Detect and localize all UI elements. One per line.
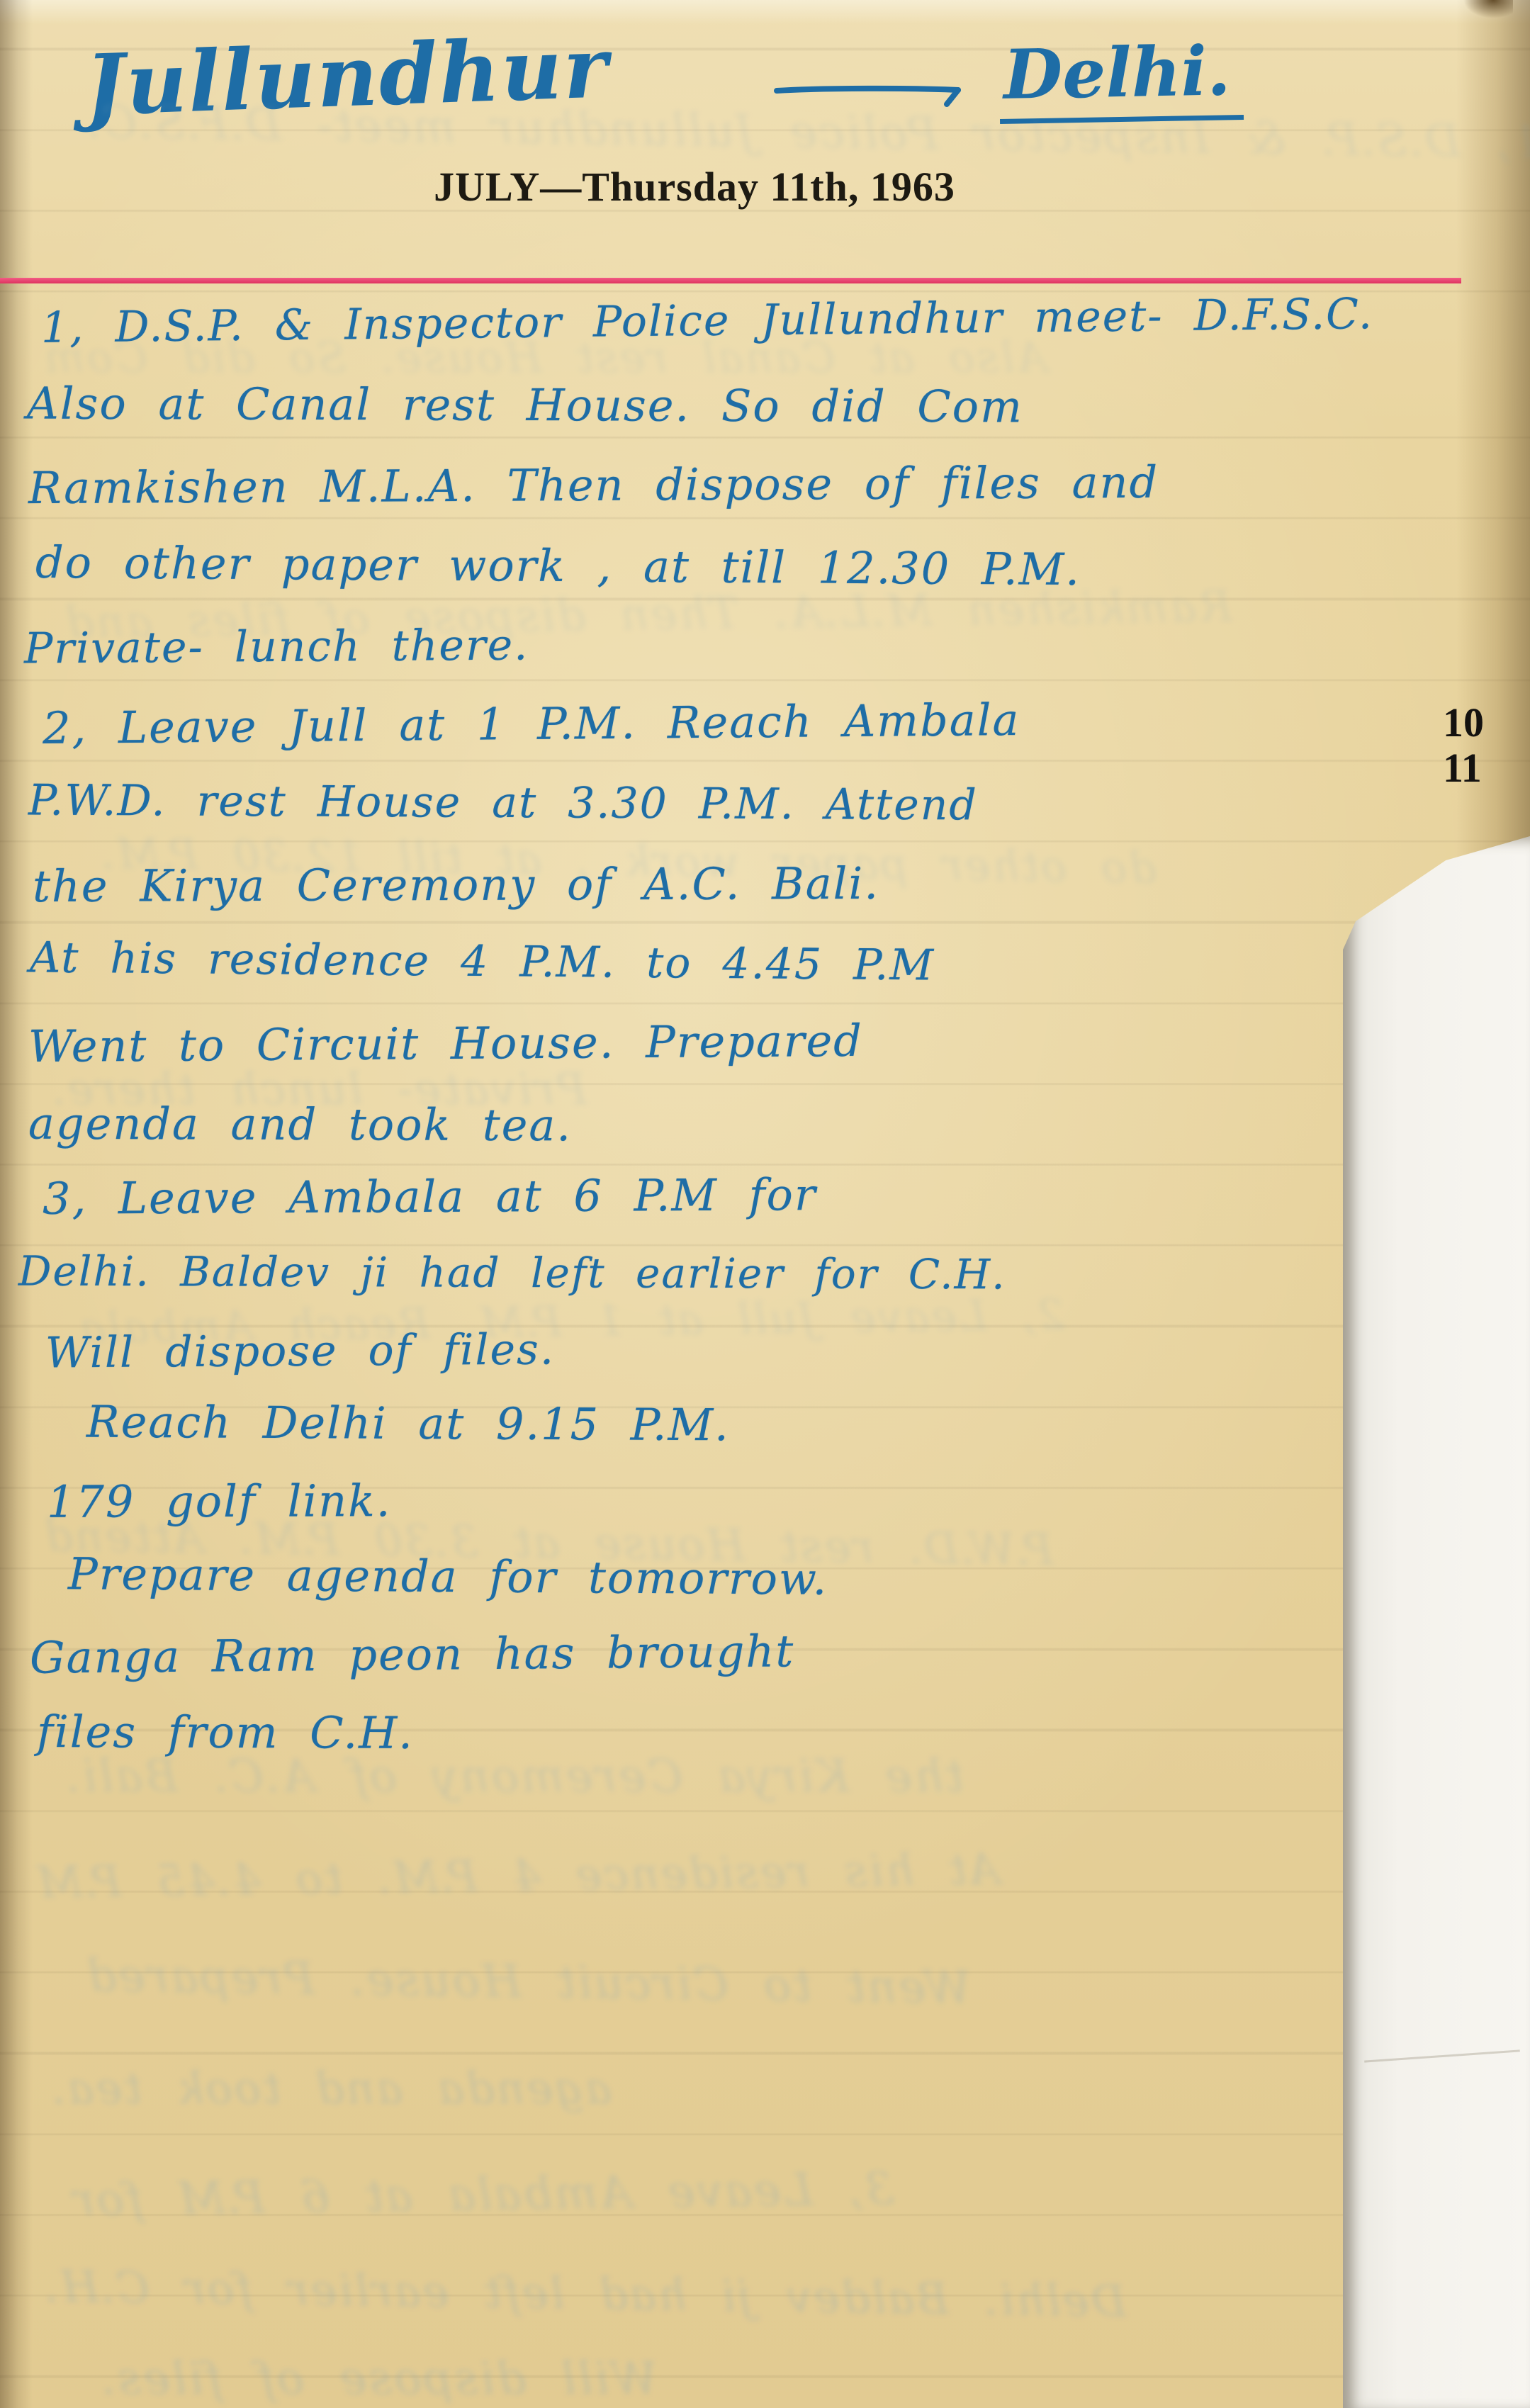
handwritten-line: Ramkishen M.L.A. Then dispose of files a… — [28, 456, 1159, 514]
route-header: Jullundhur Delhi. — [78, 20, 1424, 176]
handwritten-line: Reach Delhi at 9.15 P.M. — [86, 1396, 730, 1451]
underlying-page-corner — [1343, 836, 1530, 2408]
page-numbers: 10 11 — [1443, 700, 1521, 791]
page-number-top: 10 — [1443, 700, 1521, 746]
bleedthrough-text: Delhi. Baldev ji had left earlier for C.… — [43, 2260, 1127, 2327]
binding-gutter-shadow — [0, 0, 33, 2408]
diary-page: Jullundhur Delhi. JULY—Thursday 11th, 19… — [0, 0, 1530, 2408]
bleedthrough-text: 3, Leave Ambala at 6 P.M for — [71, 2163, 895, 2227]
route-arrow-icon — [772, 67, 985, 119]
handwritten-line: 3, Leave Ambala at 6 P.M for — [43, 1169, 817, 1225]
handwritten-line: Ganga Ram peon has brought — [30, 1625, 795, 1683]
bleedthrough-text: Went to Circuit House. Prepared — [85, 1950, 972, 2014]
handwritten-line: Also at Canal rest House. So did Com — [27, 378, 1023, 433]
handwritten-line: agenda and took tea. — [28, 1098, 572, 1152]
handwritten-line: At his residence 4 P.M. to 4.45 P.M — [30, 933, 935, 990]
page-number-bottom: 11 — [1443, 746, 1521, 791]
paper-corner-stain — [1463, 0, 1513, 18]
handwritten-line: Delhi. Baldev ji had left earlier for C.… — [18, 1247, 1006, 1299]
handwritten-line: Went to Circuit House. Prepared — [28, 1015, 863, 1072]
bleedthrough-text: the Kirya Ceremony of A.C. Bali. — [64, 1750, 964, 1803]
route-from: Jullundhur — [84, 18, 611, 135]
handwritten-line: P.W.D. rest House at 3.30 P.M. Attend — [28, 775, 978, 830]
handwritten-line: 2, Leave Jull at 1 P.M. Reach Ambala — [43, 694, 1020, 754]
handwritten-line: the Kirya Ceremony of A.C. Bali. — [33, 857, 879, 912]
route-to: Delhi. — [999, 30, 1244, 124]
handwritten-line: Will dispose of files. — [45, 1324, 555, 1378]
date-divider-rule — [0, 278, 1461, 283]
handwritten-line: Prepare agenda for tomorrow. — [68, 1548, 828, 1604]
handwritten-line: 1, D.S.P. & Inspector Police Jullundhur … — [41, 289, 1374, 353]
bleedthrough-text: Will dispose of files. — [99, 2353, 658, 2405]
handwritten-line: 179 golf link. — [47, 1475, 392, 1528]
bleedthrough-text: agenda and took tea. — [50, 2062, 612, 2114]
handwritten-line: files from C.H. — [37, 1706, 414, 1759]
printed-date: JULY—Thursday 11th, 1963 — [305, 163, 1084, 210]
bleedthrough-text: At his residence 4 P.M. to 4.45 P.M — [35, 1843, 1001, 1908]
handwritten-line: Private- lunch there. — [24, 621, 529, 674]
handwritten-line: do other paper work , at till 12.30 P.M. — [35, 536, 1081, 595]
